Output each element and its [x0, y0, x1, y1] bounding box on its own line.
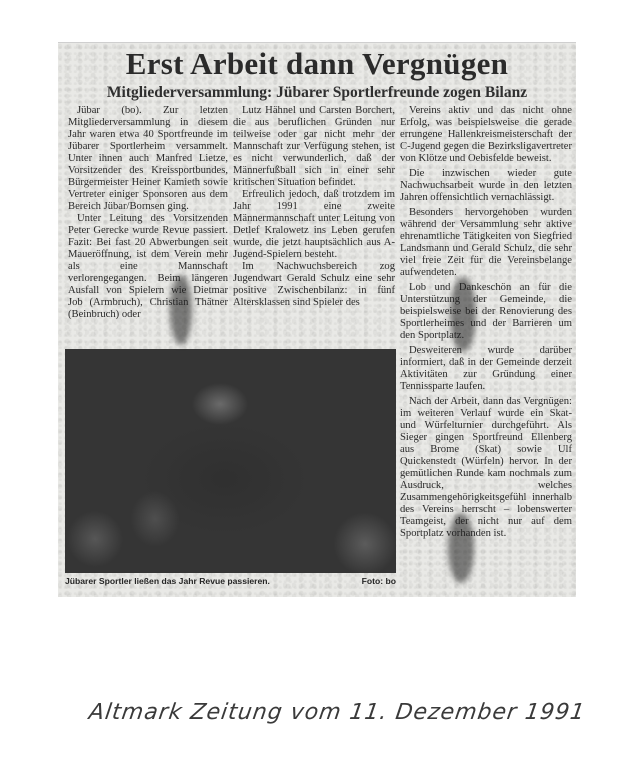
paragraph: Erfreulich jedoch, daß trotzdem im Jahr …: [233, 189, 395, 261]
article-column-3: Vereins aktiv und das nicht ohne Erfolg,…: [400, 105, 572, 540]
subheadline: Mitgliederversammlung: Jübarer Sportlerf…: [58, 84, 576, 102]
newspaper-clipping: Erst Arbeit dann Vergnügen Mitgliederver…: [58, 42, 576, 597]
headline: Erst Arbeit dann Vergnügen: [58, 47, 576, 81]
photo-caption: Jübarer Sportler ließen das Jahr Revue p…: [65, 576, 396, 590]
handwritten-source-note: Altmark Zeitung vom 11. Dezember 1991: [85, 700, 591, 740]
paragraph: Nach der Arbeit, dann das Vergnügen: im …: [400, 396, 572, 540]
paragraph: Jübar (bo). Zur letzten Mitgliederversam…: [68, 105, 228, 213]
paragraph: Vereins aktiv und das nicht ohne Erfolg,…: [400, 105, 572, 165]
paragraph: Lutz Hähnel und Carsten Borchert, die au…: [233, 105, 395, 189]
paragraph: Besonders hervorgehoben wurden während d…: [400, 207, 572, 279]
scan-smudge: [450, 277, 476, 352]
paragraph: Unter Leitung des Vorsitzenden Peter Ger…: [68, 213, 228, 321]
scan-smudge: [170, 275, 192, 345]
article-photo: [65, 349, 396, 573]
article-column-2: Lutz Hähnel und Carsten Borchert, die au…: [233, 105, 395, 309]
paragraph: Lob und Dankeschön an für die Unterstütz…: [400, 282, 572, 342]
scan-smudge: [448, 513, 474, 583]
paragraph: Desweiteren wurde darüber informiert, da…: [400, 345, 572, 393]
paragraph: Die inzwischen wieder gute Nachwuchsarbe…: [400, 168, 572, 204]
caption-text: Jübarer Sportler ließen das Jahr Revue p…: [65, 576, 270, 586]
paragraph: Im Nachwuchsbereich zog Jugendwart Geral…: [233, 261, 395, 309]
photo-credit: Foto: bo: [362, 576, 396, 586]
article-column-1: Jübar (bo). Zur letzten Mitgliederversam…: [68, 105, 228, 321]
